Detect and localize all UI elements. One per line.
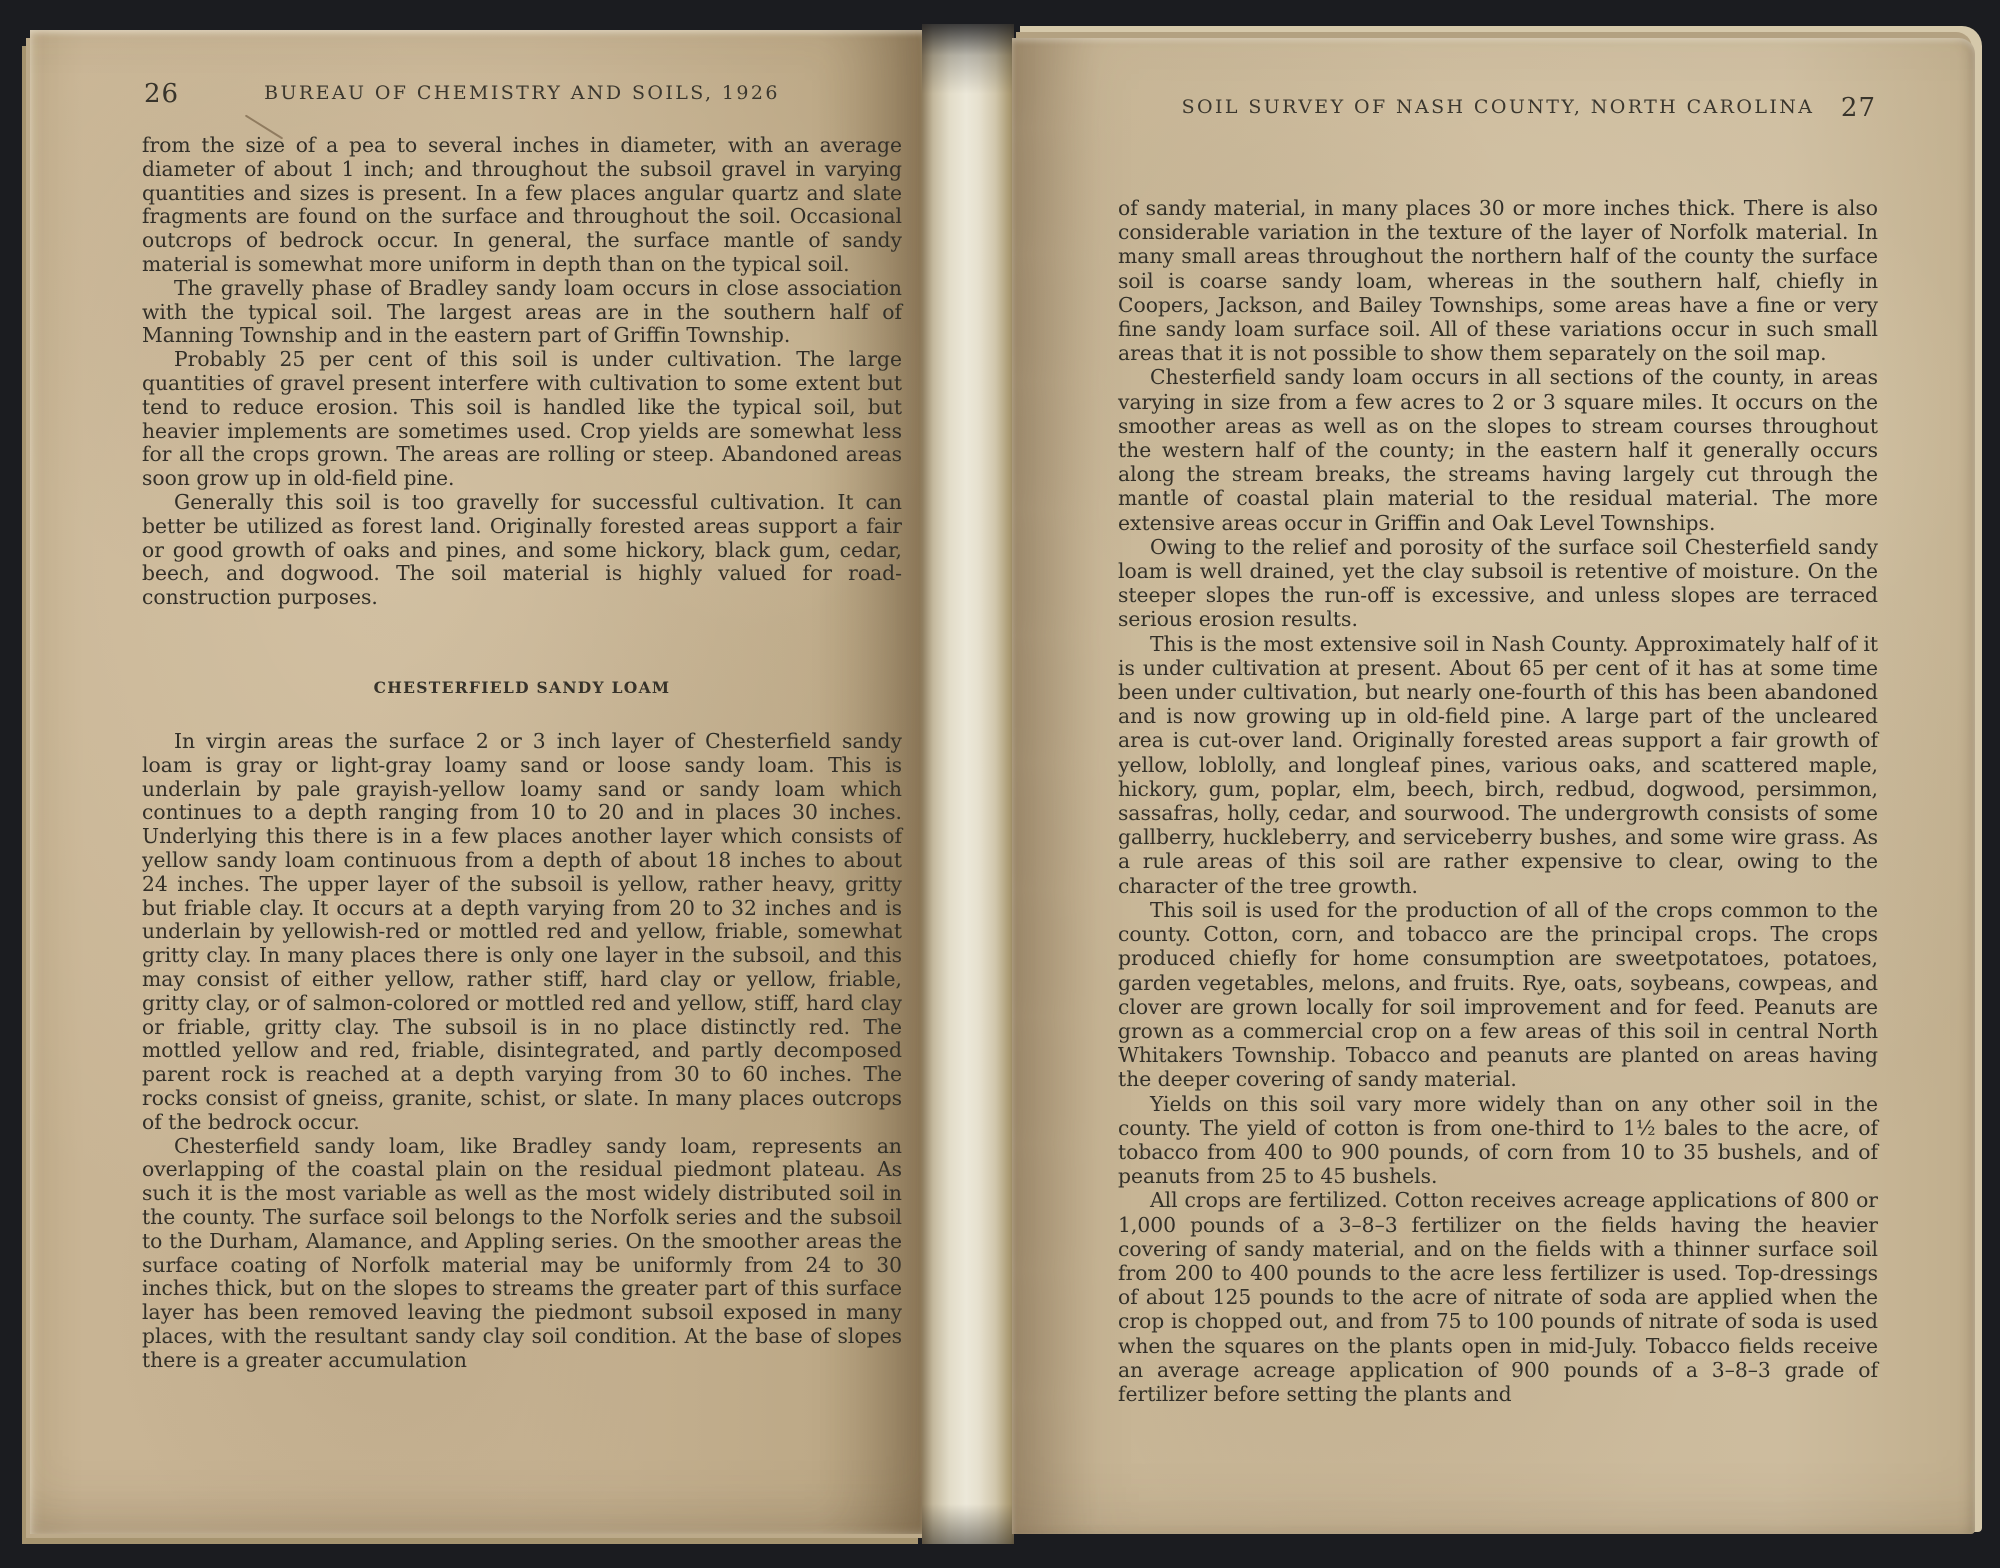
- left-page-number: 26: [144, 79, 179, 109]
- paragraph: Generally this soil is too gravelly for …: [142, 491, 902, 610]
- paragraph: This soil is used for the production of …: [1118, 898, 1878, 1092]
- paragraph: In virgin areas the surface 2 or 3 inch …: [142, 730, 902, 1135]
- paragraph: Probably 25 per cent of this soil is und…: [142, 348, 902, 491]
- right-running-head-title: SOIL SURVEY OF NASH COUNTY, NORTH CAROLI…: [1118, 96, 1878, 118]
- paragraph: Chesterfield sandy loam occurs in all se…: [1118, 365, 1878, 534]
- paragraph: The gravelly phase of Bradley sandy loam…: [142, 277, 902, 348]
- book-spread-photo: 26 BUREAU OF CHEMISTRY AND SOILS, 1926 f…: [0, 0, 2000, 1568]
- paragraph: from the size of a pea to several inches…: [142, 134, 902, 277]
- paragraph: of sandy material, in many places 30 or …: [1118, 196, 1878, 365]
- right-page-number: 27: [1841, 93, 1876, 123]
- left-page-body-upper: from the size of a pea to several inches…: [142, 134, 902, 610]
- right-running-header: SOIL SURVEY OF NASH COUNTY, NORTH CAROLI…: [1118, 96, 1878, 118]
- right-page-body: of sandy material, in many places 30 or …: [1118, 196, 1878, 1406]
- book-gutter: [922, 24, 1014, 1544]
- paragraph: This is the most extensive soil in Nash …: [1118, 632, 1878, 898]
- paragraph: Chesterfield sandy loam, like Bradley sa…: [142, 1135, 902, 1373]
- paragraph: All crops are fertilized. Cotton receive…: [1118, 1188, 1878, 1406]
- left-page-body-lower: In virgin areas the surface 2 or 3 inch …: [142, 730, 902, 1373]
- paragraph: Yields on this soil vary more widely tha…: [1118, 1092, 1878, 1189]
- left-running-head-title: BUREAU OF CHEMISTRY AND SOILS, 1926: [142, 82, 902, 104]
- section-heading: CHESTERFIELD SANDY LOAM: [142, 678, 902, 697]
- left-running-header: 26 BUREAU OF CHEMISTRY AND SOILS, 1926: [142, 82, 902, 104]
- paragraph: Owing to the relief and porosity of the …: [1118, 535, 1878, 632]
